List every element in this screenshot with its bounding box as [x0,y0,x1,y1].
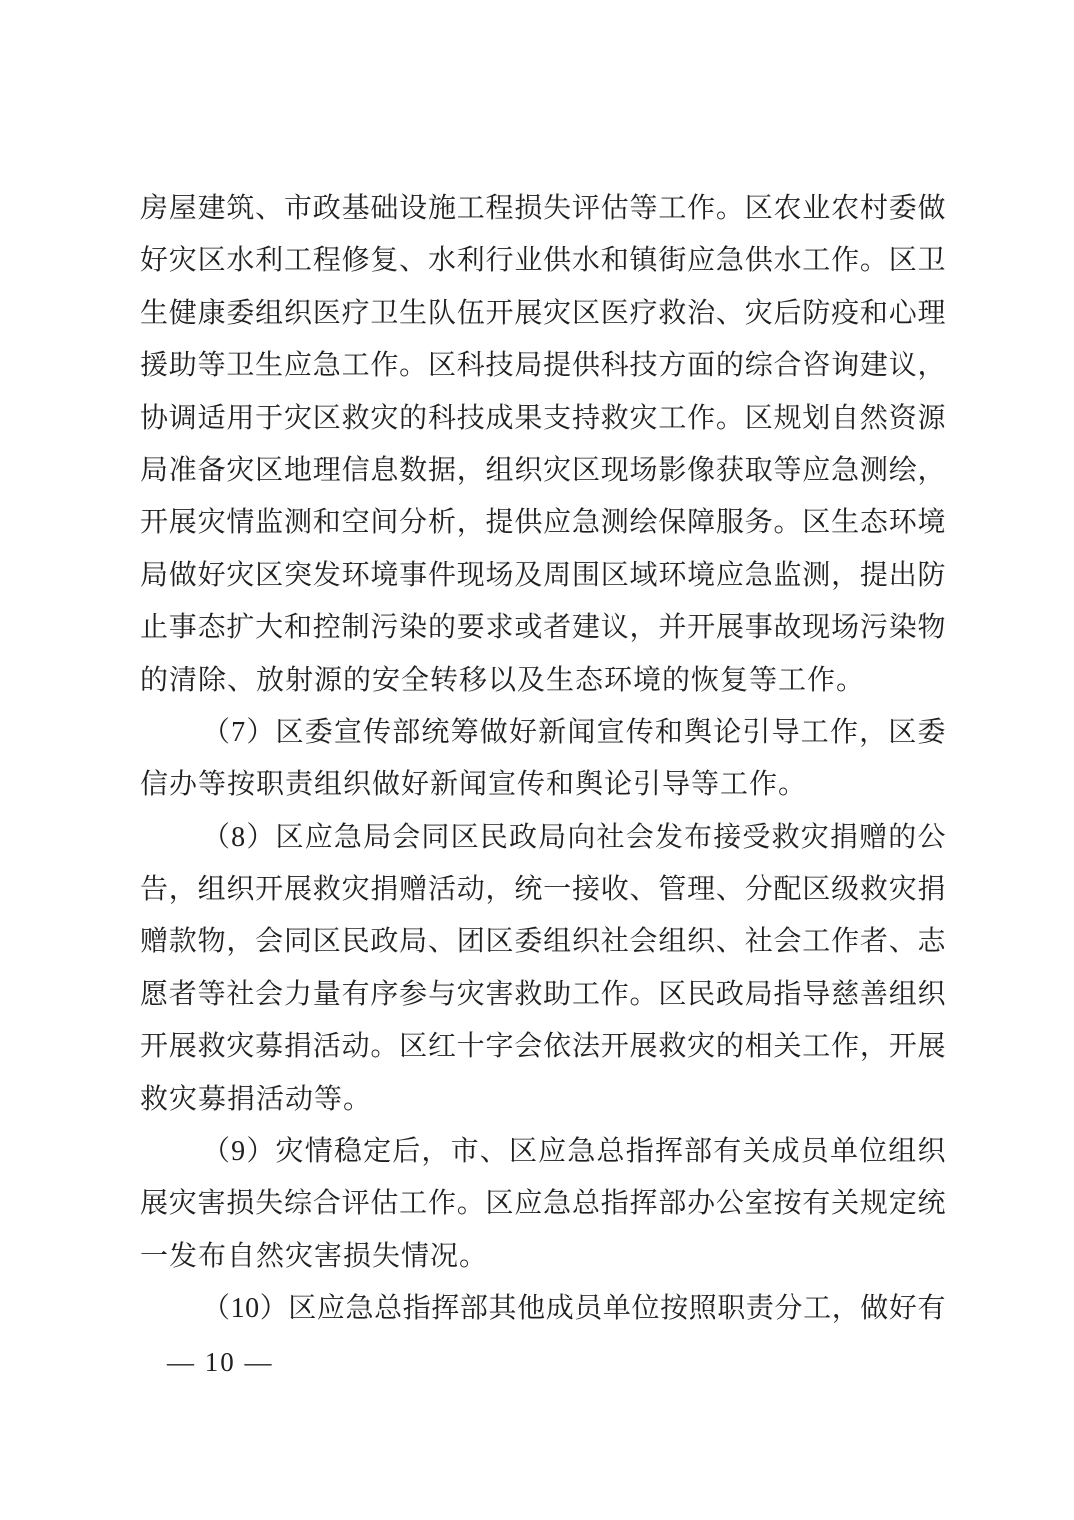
text-line: 告，组织开展救灾捐赠活动，统一接收、管理、分配区级救灾捐 [140,864,946,916]
text-line: 援助等卫生应急工作。区科技局提供科技方面的综合咨询建议， [140,340,946,392]
text-line: 生健康委组织医疗卫生队伍开展灾区医疗救治、灾后防疫和心理 [140,288,946,340]
text-line: 愿者等社会力量有序参与灾害救助工作。区民政局指导慈善组织 [140,969,946,1021]
text-line: 开展救灾募捐活动。区红十字会依法开展救灾的相关工作，开展 [140,1021,946,1073]
document-page: 房屋建筑、市政基础设施工程损失评估等工作。区农业农村委做 好灾区水利工程修复、水… [0,0,1074,1520]
paragraph: （10）区应急总指挥部其他成员单位按照职责分工，做好有 [140,1283,946,1335]
document-body: 房屋建筑、市政基础设施工程损失评估等工作。区农业农村委做 好灾区水利工程修复、水… [140,183,946,1336]
text-line: （9）灾情稳定后，市、区应急总指挥部有关成员单位组织开 [140,1126,946,1178]
text-line: （8）区应急局会同区民政局向社会发布接受救灾捐赠的公 [140,812,946,864]
text-line: 局准备灾区地理信息数据，组织灾区现场影像获取等应急测绘， [140,445,946,497]
text-line: 一发布自然灾害损失情况。 [140,1231,946,1283]
paragraph: （9）灾情稳定后，市、区应急总指挥部有关成员单位组织开 展灾害损失综合评估工作。… [140,1126,946,1283]
text-line: 救灾募捐活动等。 [140,1074,946,1126]
page-number: — 10 — [167,1347,274,1377]
text-line: 开展灾情监测和空间分析，提供应急测绘保障服务。区生态环境 [140,497,946,549]
text-line: 展灾害损失综合评估工作。区应急总指挥部办公室按有关规定统 [140,1178,946,1230]
text-line: 协调适用于灾区救灾的科技成果支持救灾工作。区规划自然资源 [140,393,946,445]
page-footer: — 10 — [167,1342,274,1382]
text-line: 的清除、放射源的安全转移以及生态环境的恢复等工作。 [140,655,946,707]
text-line: （10）区应急总指挥部其他成员单位按照职责分工，做好有 [140,1283,946,1335]
text-line: 止事态扩大和控制污染的要求或者建议，并开展事故现场污染物 [140,602,946,654]
text-line: 好灾区水利工程修复、水利行业供水和镇街应急供水工作。区卫 [140,235,946,287]
paragraph: （8）区应急局会同区民政局向社会发布接受救灾捐赠的公 告，组织开展救灾捐赠活动，… [140,812,946,1126]
text-line: 房屋建筑、市政基础设施工程损失评估等工作。区农业农村委做 [140,183,946,235]
paragraph: （7）区委宣传部统筹做好新闻宣传和舆论引导工作，区委网 信办等按职责组织做好新闻… [140,707,946,812]
text-line: 局做好灾区突发环境事件现场及周围区域环境应急监测，提出防 [140,550,946,602]
text-line: （7）区委宣传部统筹做好新闻宣传和舆论引导工作，区委网 [140,707,946,759]
text-line: 信办等按职责组织做好新闻宣传和舆论引导等工作。 [140,759,946,811]
text-line: 赠款物，会同区民政局、团区委组织社会组织、社会工作者、志 [140,916,946,968]
paragraph: 房屋建筑、市政基础设施工程损失评估等工作。区农业农村委做 好灾区水利工程修复、水… [140,183,946,707]
